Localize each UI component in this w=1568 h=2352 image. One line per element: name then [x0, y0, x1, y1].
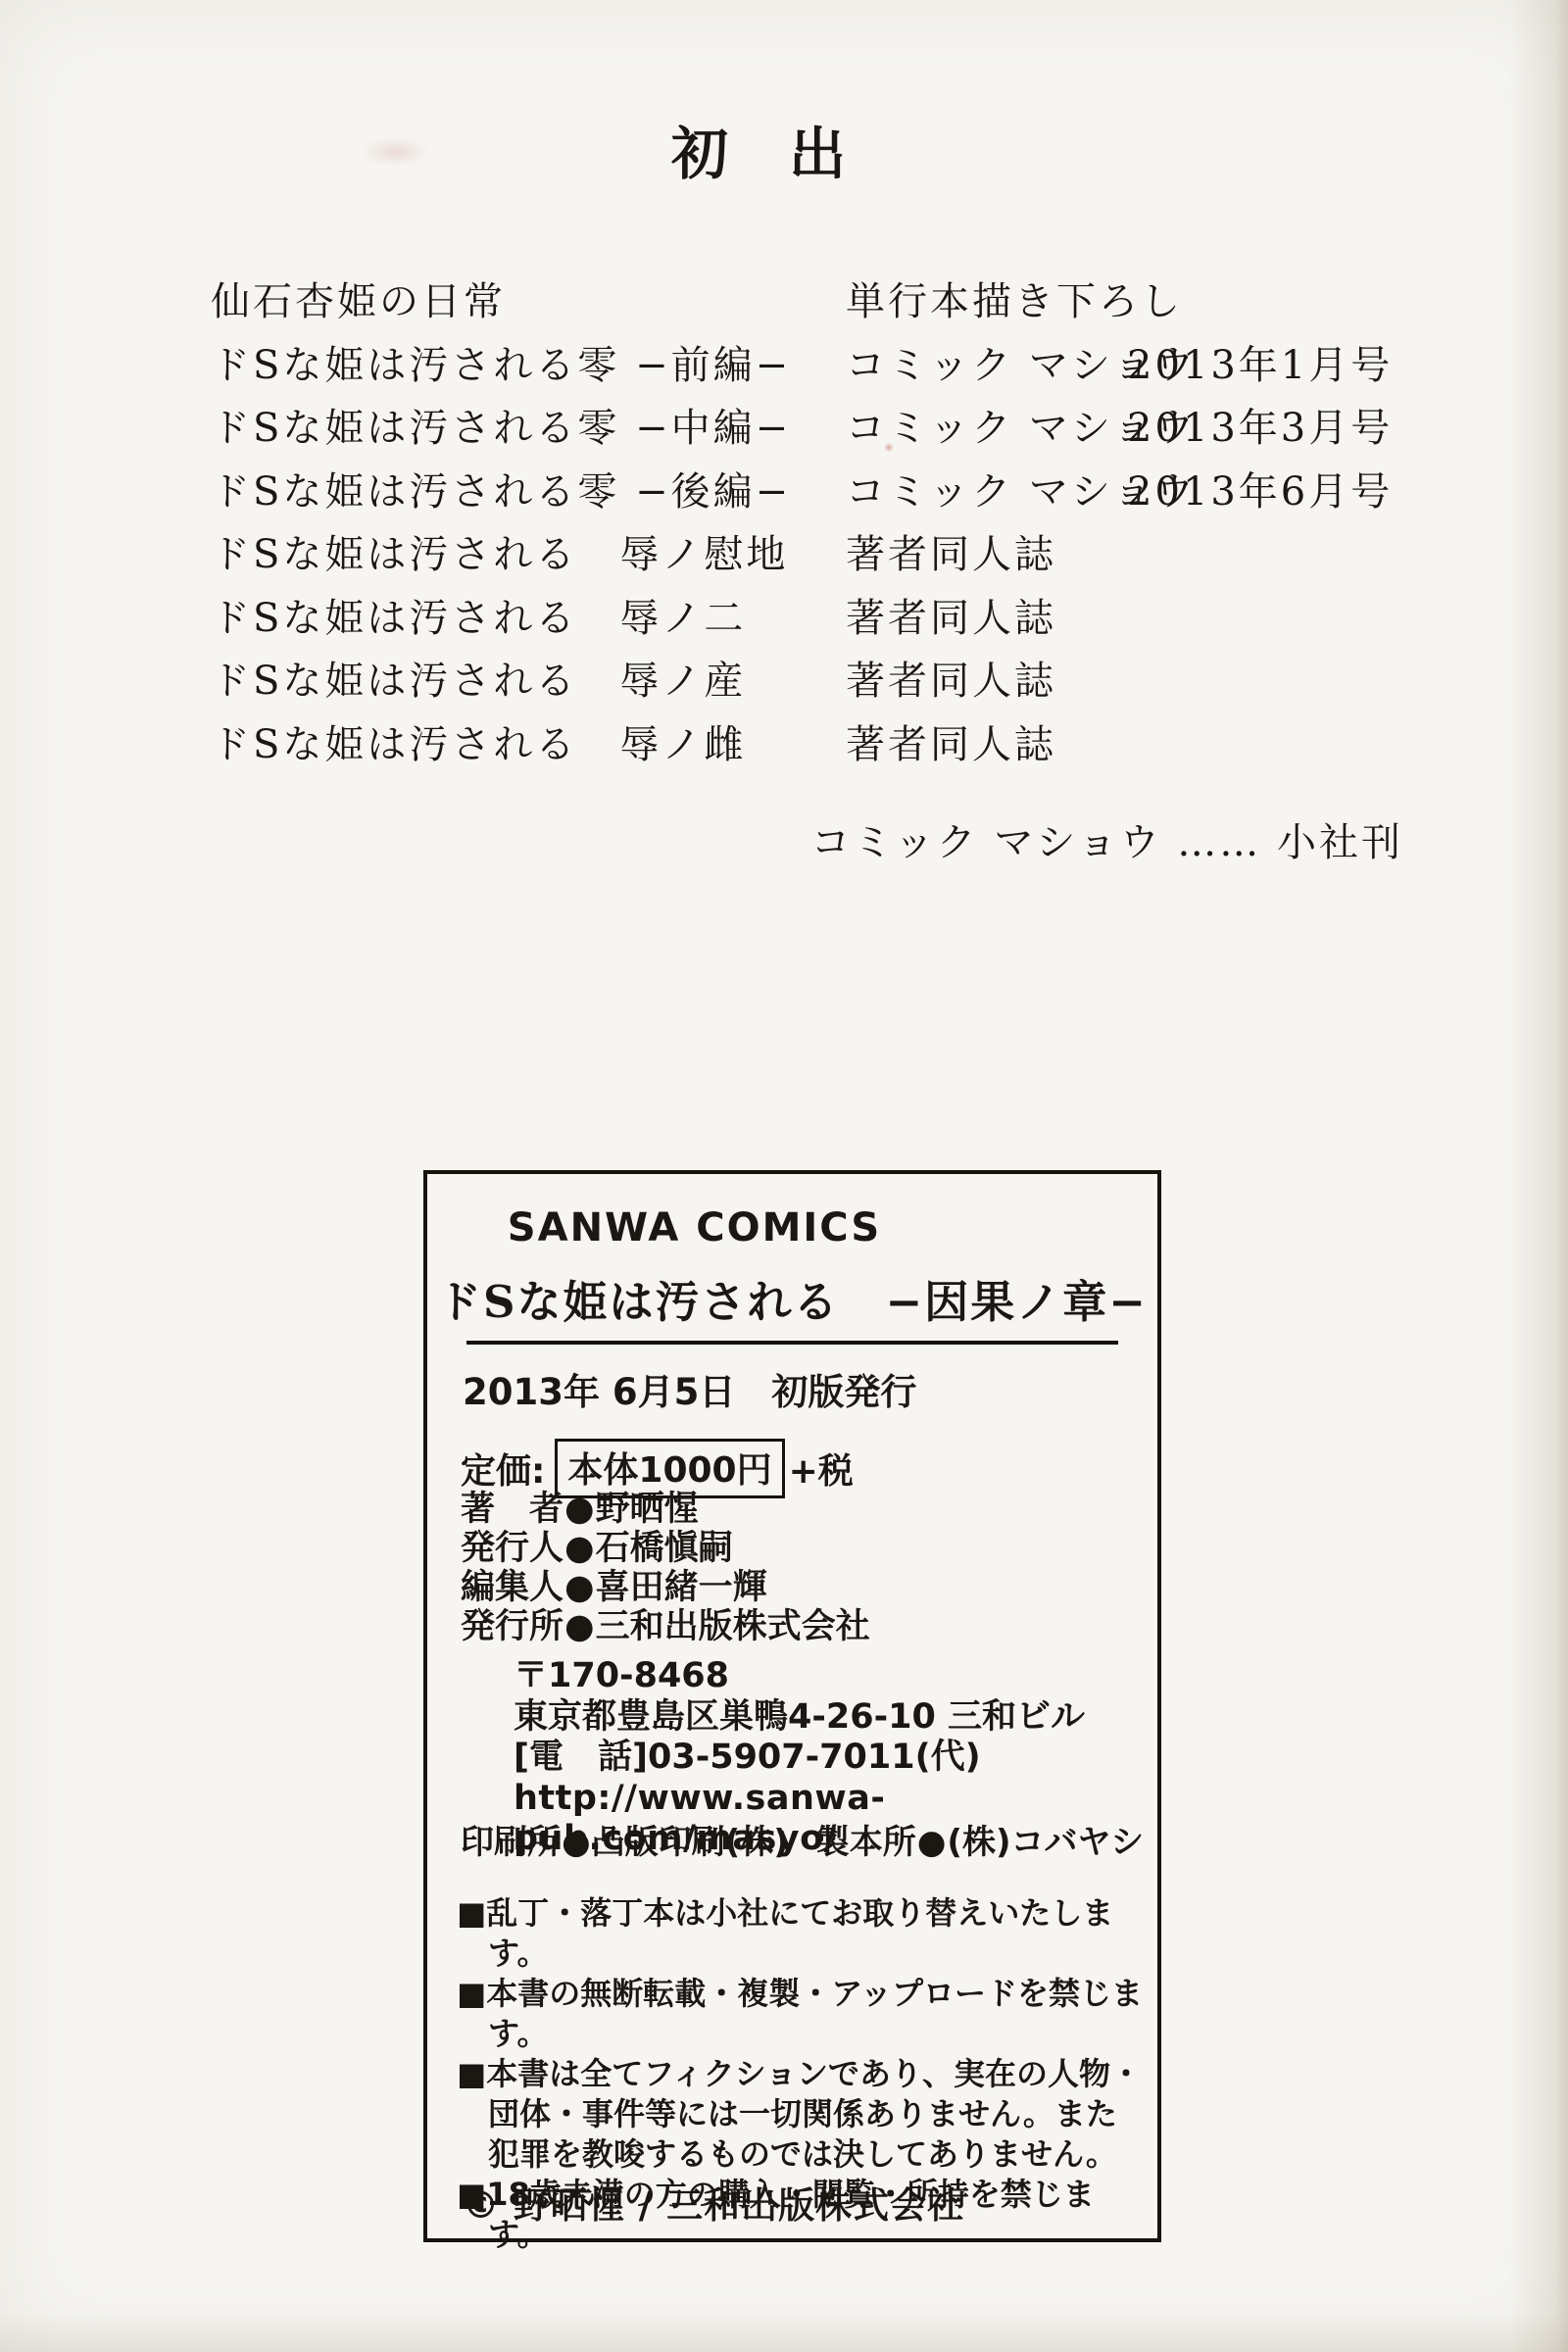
author-name: 野晒惺	[596, 1490, 699, 1529]
printer-name: 凸版印刷(株)	[592, 1823, 789, 1862]
credit-row: ドSな姫は汚される 辱ノ雌 著者同人誌	[211, 713, 1421, 777]
credit-row: 仙石杏姫の日常 単行本描き下ろし	[211, 270, 1421, 334]
bindery-name: (株)コバヤシ	[947, 1823, 1144, 1862]
bindery-label: 製本所	[816, 1823, 916, 1862]
phone-line: [電 話]03-5907-7011(代)	[514, 1738, 1157, 1779]
scan-edge-shadow-bottom	[0, 2313, 1568, 2352]
work-title-cell: ドSな姫は汚される 辱ノ二	[211, 587, 846, 651]
publisher-footnote: コミック マショウ …… 小社刊	[810, 811, 1403, 867]
notice-item: ■乱丁・落丁本は小社にてお取り替えいたします。	[457, 1893, 1146, 1974]
credit-row: ドSな姫は汚される 辱ノ慰地 著者同人誌	[211, 523, 1421, 587]
source-cell: コミック マショウ	[846, 334, 1127, 398]
bullet-separator: ●	[563, 1490, 596, 1529]
edition-date: 2013年 6月5日 初版発行	[463, 1362, 916, 1415]
source-cell: 著者同人誌	[846, 587, 1127, 651]
publisher-label: 発行人	[461, 1529, 563, 1568]
source-cell: 著者同人誌	[846, 650, 1127, 713]
source-cell: コミック マショウ	[846, 397, 1127, 461]
author-row: 著 者●野晒惺	[461, 1490, 870, 1529]
publishing-office-row: 発行所●三和出版株式会社	[461, 1607, 870, 1646]
bullet-separator: ●	[563, 1568, 596, 1607]
work-title-cell: ドSな姫は汚される 辱ノ雌	[211, 713, 846, 777]
credit-row: ドSな姫は汚される零 −後編− コミック マショウ 2013年6月号	[211, 461, 1421, 524]
editor-label: 編集人	[461, 1568, 563, 1607]
scanned-colophon-page: 初 出 仙石杏姫の日常 単行本描き下ろし ドSな姫は汚される零 −前編− コミッ…	[0, 0, 1568, 2352]
editor-row: 編集人●喜田緒一輝	[461, 1568, 870, 1607]
scan-edge-shadow-right	[1509, 0, 1568, 2352]
issue-cell: 2013年6月号	[1127, 461, 1421, 524]
page-title: 初 出	[0, 125, 1519, 182]
source-cell: 著者同人誌	[846, 523, 1127, 587]
credit-row: ドSな姫は汚される零 −前編− コミック マショウ 2013年1月号	[211, 334, 1421, 398]
divider-rule	[466, 1341, 1118, 1345]
street-address: 東京都豊島区巣鴨4-26-10 三和ビル	[514, 1697, 1157, 1739]
credit-row: ドSな姫は汚される零 −中編− コミック マショウ 2013年3月号	[211, 397, 1421, 461]
colophon-box: SANWA COMICS ドSな姫は汚される −因果ノ章− 2013年 6月5日…	[423, 1170, 1161, 2242]
editor-name: 喜田緒一輝	[596, 1568, 767, 1607]
postal-code: 〒170-8468	[514, 1656, 1157, 1697]
bullet-separator: ●	[916, 1823, 948, 1862]
credit-row: ドSな姫は汚される 辱ノ産 著者同人誌	[211, 650, 1421, 713]
bullet-separator: ●	[561, 1823, 592, 1862]
price-tax-suffix: +税	[789, 1444, 854, 1494]
series-label: SANWA COMICS	[329, 1205, 1059, 1250]
bullet-separator: ●	[563, 1529, 596, 1568]
office-name: 三和出版株式会社	[596, 1607, 870, 1646]
issue-cell: 2013年1月号	[1127, 334, 1421, 398]
work-title-cell: ドSな姫は汚される 辱ノ産	[211, 650, 846, 713]
notice-item: ■本書は全てフィクションであり、実在の人物・団体・事件等には一切関係ありません。…	[457, 2054, 1146, 2175]
work-title-cell: ドSな姫は汚される零 −前編−	[211, 334, 846, 398]
work-title-cell: ドSな姫は汚される 辱ノ慰地	[211, 523, 846, 587]
printer-row: 印刷所●凸版印刷(株)製本所●(株)コバヤシ	[461, 1815, 1144, 1863]
price-label: 定価:	[461, 1444, 545, 1494]
work-title-cell: 仙石杏姫の日常	[211, 270, 846, 334]
source-cell: コミック マショウ	[846, 461, 1127, 524]
work-title-cell: ドSな姫は汚される零 −後編−	[211, 461, 846, 524]
notice-item: ■本書の無断転載・複製・アップロードを禁じます。	[457, 1974, 1146, 2054]
work-title-cell: ドSな姫は汚される零 −中編−	[211, 397, 846, 461]
book-title: ドSな姫は汚される −因果ノ章−	[427, 1266, 1157, 1330]
source-cell: 著者同人誌	[846, 713, 1127, 777]
printer-label: 印刷所	[461, 1823, 561, 1862]
staff-block: 著 者●野晒惺 発行人●石橋愼嗣 編集人●喜田緒一輝 発行所●三和出版株式会社	[461, 1490, 870, 1646]
office-label: 発行所	[461, 1607, 563, 1646]
publisher-person-row: 発行人●石橋愼嗣	[461, 1529, 870, 1568]
credits-table: 仙石杏姫の日常 単行本描き下ろし ドSな姫は汚される零 −前編− コミック マシ…	[211, 270, 1421, 776]
copyright-line: © 野晒惺 / 三和出版株式会社	[463, 2176, 964, 2229]
author-label: 著 者	[461, 1490, 563, 1529]
bullet-separator: ●	[563, 1607, 596, 1646]
publisher-name: 石橋愼嗣	[596, 1529, 733, 1568]
source-cell: 単行本描き下ろし	[846, 270, 1127, 334]
issue-cell: 2013年3月号	[1127, 397, 1421, 461]
credit-row: ドSな姫は汚される 辱ノ二 著者同人誌	[211, 587, 1421, 651]
